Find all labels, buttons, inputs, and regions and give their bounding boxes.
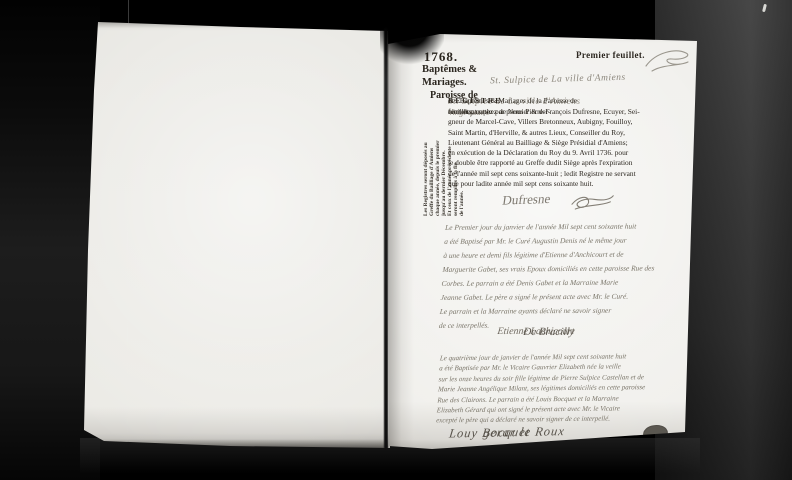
right-page: 1768. Baptêmes & Mariages. Paroisse de S… [386, 30, 700, 452]
page-fold-line [384, 28, 388, 449]
register-printed-paragraph: REGISTRE des Baptêmes & Mariages de la P… [448, 96, 694, 189]
signature-paraph-icon [569, 191, 616, 215]
register-heading-rest: des Baptêmes & Mariages de la Paroisse d… [448, 96, 577, 106]
gutter-shadow [386, 30, 414, 452]
register-line: le double être rapporté au Greffe dudit … [448, 158, 694, 168]
baptism-entry-1: Le Premier jour du janvier de l'année Mi… [438, 219, 701, 333]
left-page-blank [80, 20, 392, 450]
register-line: de l'année mil sept cens soixante-huit ;… [448, 169, 694, 179]
register-line: Lieutenant Général au Bailliage & Siège … [448, 138, 694, 148]
contenant-suffix: feuillets, cottez par premier & der- [448, 107, 550, 117]
page-top-shade [80, 20, 392, 28]
register-line: en exécution de la Déclaration du Roy du… [448, 148, 694, 158]
register-line: que pour ladite année mil sept cens soix… [448, 179, 694, 189]
register-line: gneur de Marcel-Cave, Villers Bretonneux… [448, 117, 694, 127]
dufresne-signature-text: Dufresne [501, 191, 551, 209]
witness-signature-2: De Bracilly [523, 326, 575, 338]
leroux-signature: gerar le Roux [482, 424, 566, 441]
baptism-entry-2: Le quatrième jour de janvier de l'année … [436, 351, 700, 427]
register-line: Saint Martin, d'Herville, & autres Lieux… [448, 128, 694, 138]
paraph-flourish-icon [642, 44, 694, 78]
book-scan-photo: { "colors": { "backdrop": "#2e2e2e", "pa… [0, 0, 792, 480]
spine-top-shadow [380, 18, 444, 72]
folio-label: Premier feuillet. [576, 50, 645, 60]
title-mariages: Mariages. [422, 77, 467, 88]
